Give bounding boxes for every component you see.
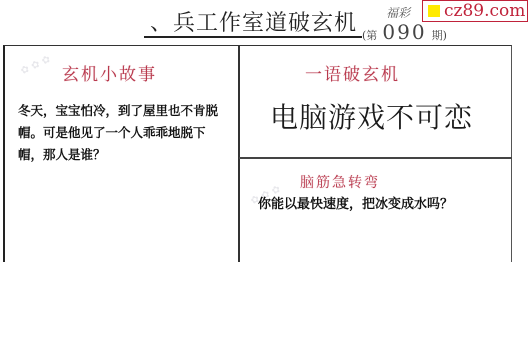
lottery-tag: 福彩 [386,4,410,21]
yellow-square-icon [428,5,440,17]
column-divider [238,45,240,262]
row-divider [239,157,512,159]
story-section-title: 玄机小故事 [62,60,157,85]
site-badge[interactable]: cz89.com [422,0,528,22]
riddle-section-title: 脑筋急转弯 [300,172,380,192]
riddle-text: 你能以最快速度，把冰变成水吗？ [258,196,498,214]
phrase-text: 电脑游戏不可恋 [270,96,510,136]
issue-number: 090 [382,20,426,44]
issue-prefix: (第 [362,29,377,42]
issue-label: (第 090 期) [362,20,447,44]
phrase-section-title: 一语破玄机 [305,60,400,85]
page-title: 、兵工作室道破玄机 [150,6,360,37]
issue-suffix: 期) [432,29,447,42]
story-text: 冬天，宝宝怕冷，到了屋里也不肯脱帽。可是他见了一个人乖乖地脱下帽，那人是谁？ [18,100,228,166]
title-underline [144,36,362,38]
site-badge-text: cz89.com [444,1,525,21]
